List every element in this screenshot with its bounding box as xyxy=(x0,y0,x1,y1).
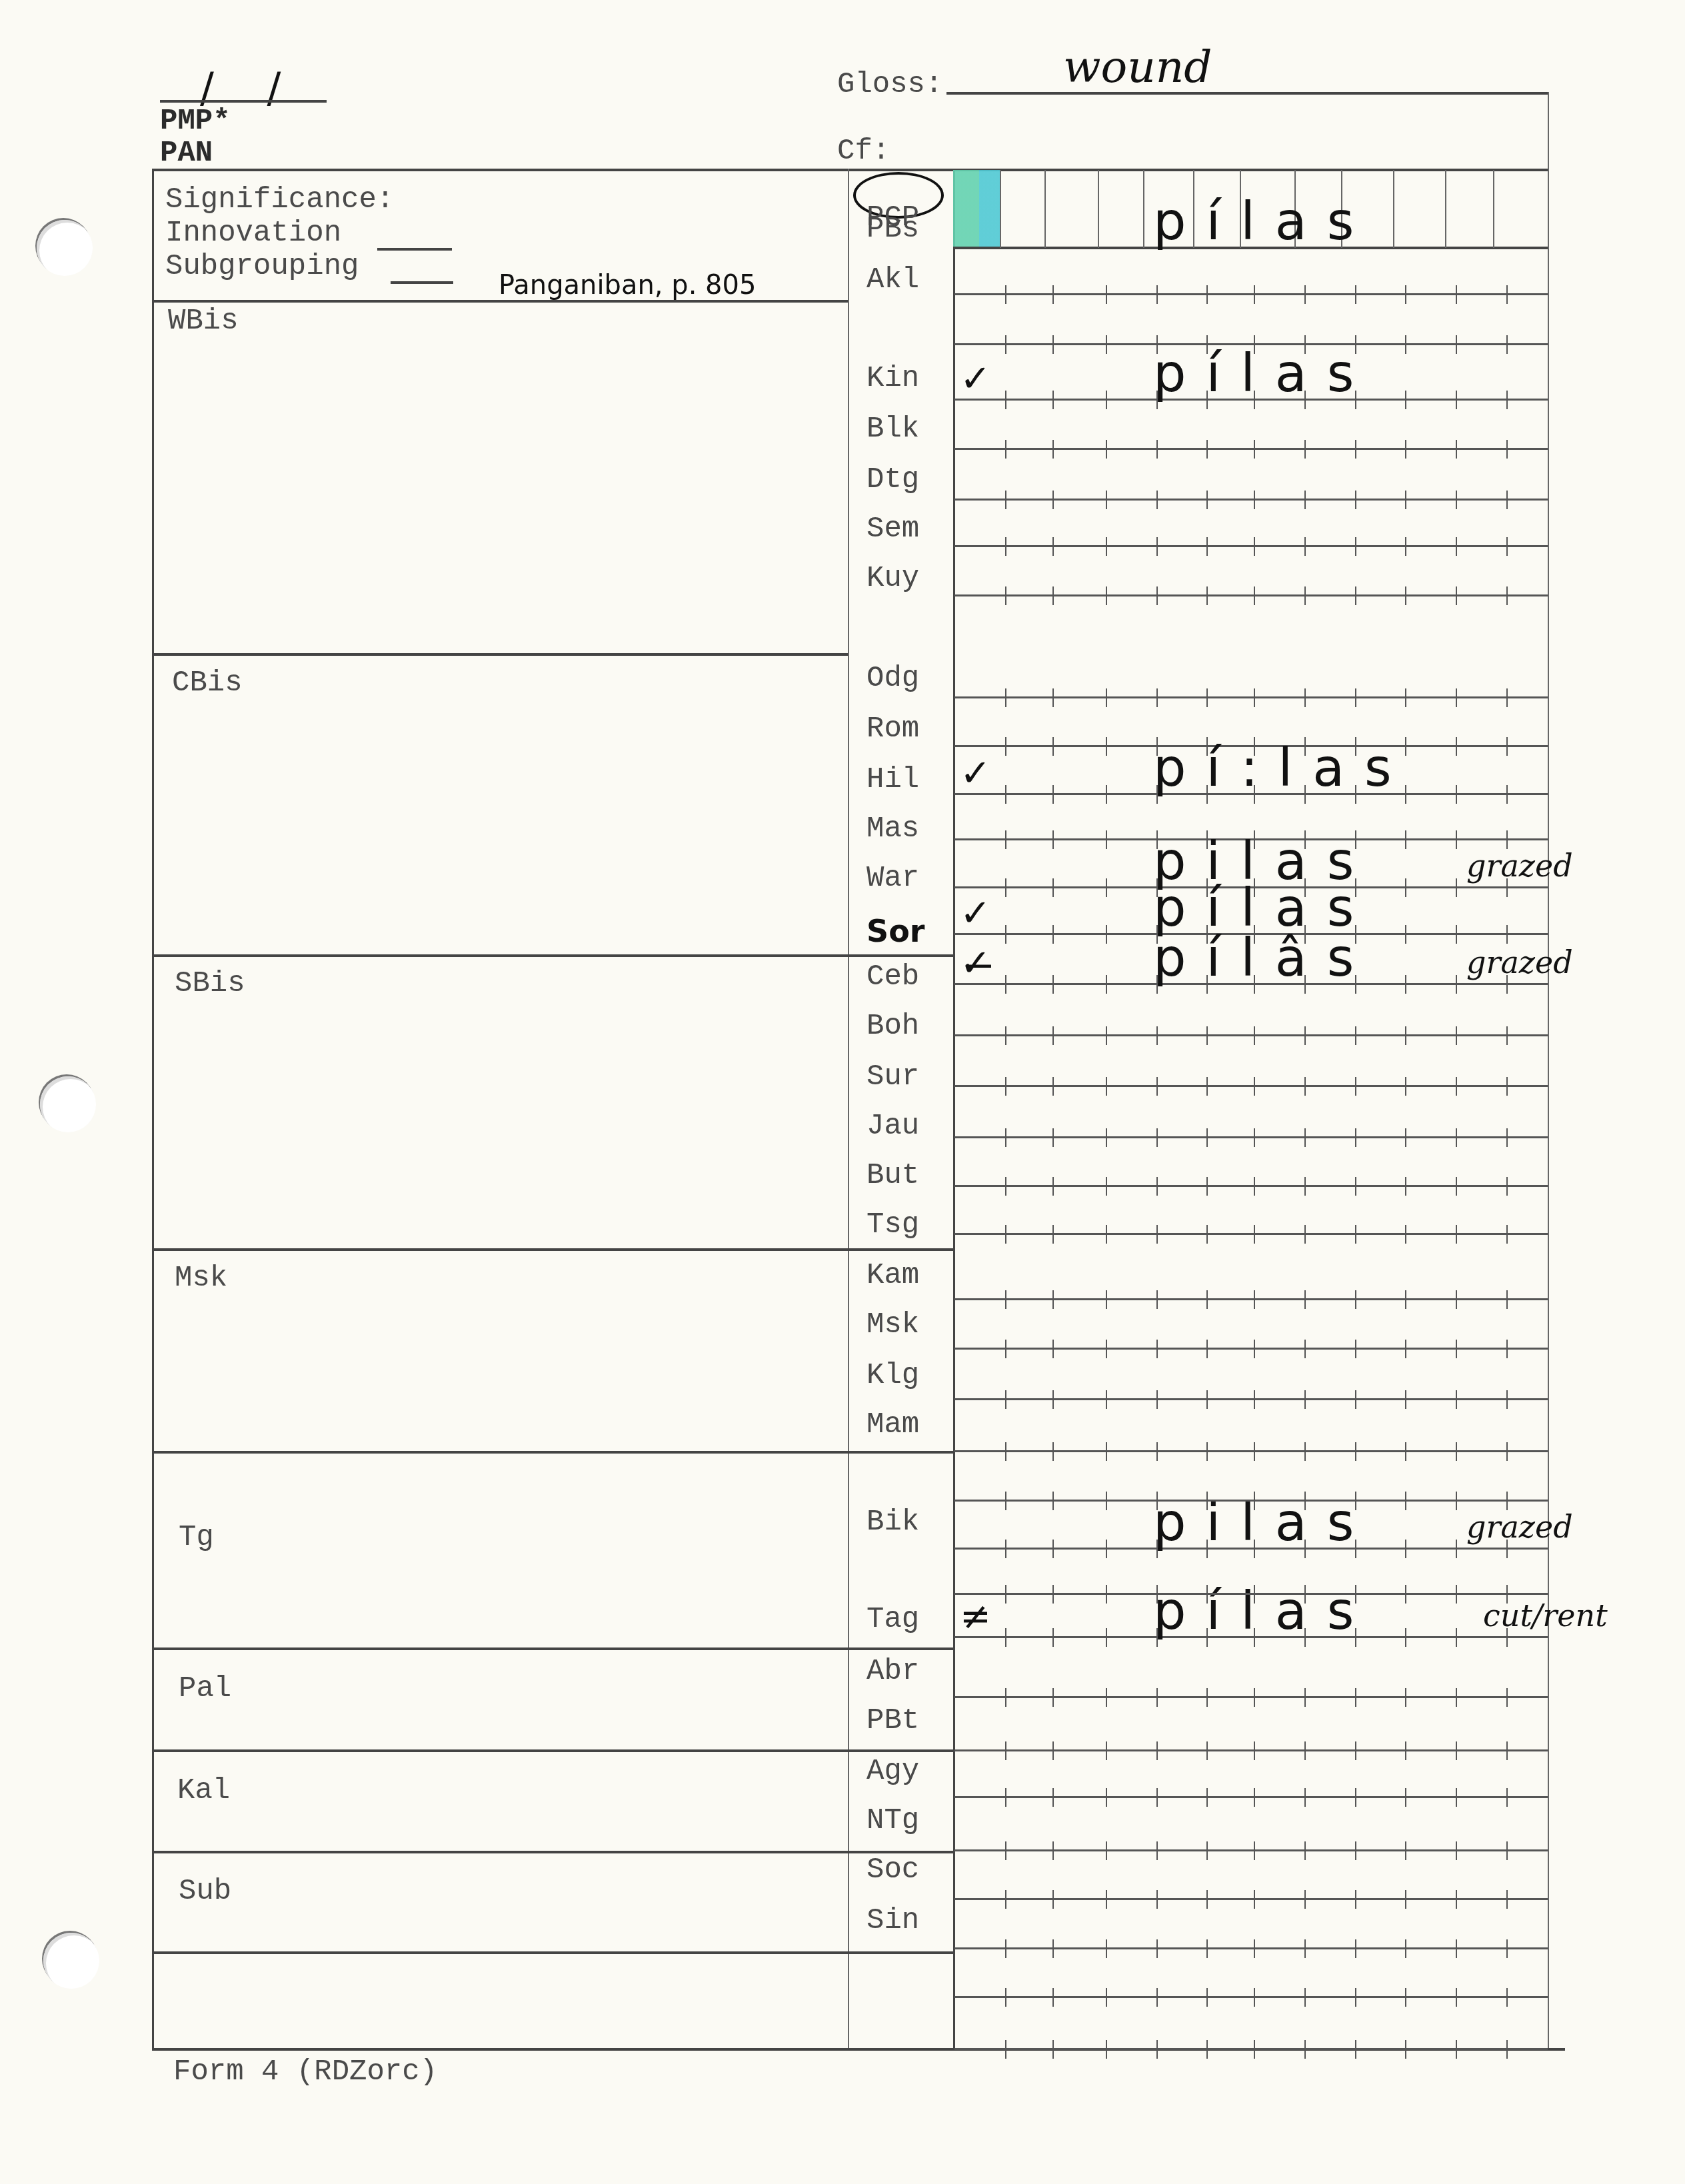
ruled-line xyxy=(954,696,1548,698)
ruled-line-tick xyxy=(1052,688,1054,707)
ruled-line-tick xyxy=(1456,925,1457,944)
language-code-sor: Sor xyxy=(866,913,924,949)
ruled-line-tick xyxy=(1052,586,1054,605)
ruled-line-tick xyxy=(1005,440,1006,459)
ruled-line-tick xyxy=(1506,1225,1508,1244)
ruled-line-tick xyxy=(1206,1939,1208,1958)
ruled-line-tick xyxy=(1106,737,1107,756)
ruled-line-tick xyxy=(1156,1077,1158,1096)
ruled-line-tick xyxy=(1254,1688,1255,1707)
ruled-line-tick xyxy=(1106,2040,1107,2059)
ruled-line-tick xyxy=(1304,491,1306,509)
ruled-line-tick xyxy=(1052,1492,1054,1510)
ruled-line-tick xyxy=(1456,688,1457,707)
ruled-line-tick xyxy=(1206,1177,1208,1196)
ruled-line-tick xyxy=(1506,440,1508,459)
language-code-blk: Blk xyxy=(866,415,919,444)
ruled-line-tick xyxy=(1206,1890,1208,1909)
ruled-line-tick xyxy=(1506,1442,1508,1461)
ruled-line-tick xyxy=(1355,335,1356,354)
ruled-line-tick xyxy=(1052,1988,1054,2007)
ruled-line-tick xyxy=(1254,1492,1255,1510)
ruled-line-tick xyxy=(1456,1585,1457,1604)
ruled-line-tick xyxy=(1355,1585,1356,1604)
ruled-line xyxy=(954,1348,1548,1350)
ruled-line-tick xyxy=(1405,1390,1406,1409)
ruled-line-tick xyxy=(1506,586,1508,605)
ruled-line-tick xyxy=(1106,1628,1107,1647)
ruled-line-tick xyxy=(1156,1177,1158,1196)
ruled-line-tick xyxy=(1405,1340,1406,1358)
ruled-line-tick xyxy=(1456,440,1457,459)
language-code-odg: Odg xyxy=(866,664,919,693)
form-footer: Form 4 (RDZorc) xyxy=(173,2057,437,2087)
ruled-line-tick xyxy=(1106,1890,1107,1909)
language-code-boh: Boh xyxy=(866,1012,919,1041)
check-mark: ✓̶ xyxy=(960,942,991,985)
reflex-gloss[interactable]: grazed xyxy=(1466,1509,1573,1545)
ruled-line-tick xyxy=(1254,1026,1255,1045)
ruled-line-tick xyxy=(1456,1390,1457,1409)
ruled-line-tick xyxy=(1005,1340,1006,1358)
ruled-line-tick xyxy=(1405,537,1406,556)
language-code-mam: Mam xyxy=(866,1410,919,1440)
ruled-line-tick xyxy=(1005,785,1006,804)
language-code-ntg: NTg xyxy=(866,1806,919,1835)
pcp-grid-cell-divider xyxy=(1143,170,1144,248)
ruled-line-tick xyxy=(1456,1177,1457,1196)
ruled-line-tick xyxy=(1156,586,1158,605)
ruled-line-tick xyxy=(1005,491,1006,509)
ruled-line xyxy=(954,499,1548,501)
innovation-blank[interactable] xyxy=(377,248,452,251)
ruled-line-tick xyxy=(1005,1290,1006,1309)
group-label-kal: Kal xyxy=(177,1776,230,1805)
ruled-line-tick xyxy=(1052,1890,1054,1909)
language-code-mas: Mas xyxy=(866,814,919,844)
ruled-line-tick xyxy=(1304,1688,1306,1707)
ruled-line xyxy=(954,1398,1548,1400)
ruled-line-tick xyxy=(1355,491,1356,509)
ruled-line-tick xyxy=(1156,2040,1158,2059)
ruled-line-tick xyxy=(1254,335,1255,354)
ruled-line-tick xyxy=(1355,688,1356,707)
ruled-line-tick xyxy=(1005,1585,1006,1604)
ruled-line-tick xyxy=(1005,1225,1006,1244)
ruled-line-tick xyxy=(1106,391,1107,409)
ruled-line-tick xyxy=(1052,1788,1054,1807)
binder-hole-middle xyxy=(40,1076,96,1132)
ruled-line-tick xyxy=(1506,335,1508,354)
language-code-war: War xyxy=(866,864,919,893)
ruled-line-tick xyxy=(1005,830,1006,849)
ruled-line-tick xyxy=(1005,1026,1006,1045)
ruled-line-tick xyxy=(1206,491,1208,509)
ruled-line-tick xyxy=(1206,285,1208,304)
ruled-line-tick xyxy=(1254,1841,1255,1860)
pcp-grid-cell-divider xyxy=(1445,170,1446,248)
ruled-line-tick xyxy=(1106,830,1107,849)
ruled-line-tick xyxy=(1456,537,1457,556)
ruled-line-tick xyxy=(1106,688,1107,707)
ruled-line-tick xyxy=(1106,1540,1107,1558)
ruled-line-tick xyxy=(1052,335,1054,354)
ruled-line-tick xyxy=(1052,1177,1054,1196)
pcp-grid-cell-divider xyxy=(1493,170,1494,248)
frame-left xyxy=(152,169,154,2048)
reflex-form[interactable]: pílas xyxy=(1153,344,1374,404)
ruled-line-tick xyxy=(1052,1128,1054,1147)
ruled-line-tick xyxy=(1304,1939,1306,1958)
reflex-form[interactable]: pílas xyxy=(1153,1582,1374,1641)
ruled-line-tick xyxy=(1506,1841,1508,1860)
ruled-line-tick xyxy=(1206,1128,1208,1147)
ruled-line-tick xyxy=(1254,440,1255,459)
gloss-value[interactable]: wound xyxy=(1063,41,1212,93)
not-equal-mark: ≠ xyxy=(960,1595,991,1638)
ruled-line-tick xyxy=(1206,1290,1208,1309)
reflex-form[interactable]: pílâs xyxy=(1153,928,1374,988)
subgrouping-label: Subgrouping xyxy=(165,252,359,281)
ruled-line-tick xyxy=(1254,1340,1255,1358)
ruled-line-tick xyxy=(1005,1741,1006,1760)
check-mark: ✓ xyxy=(960,357,991,401)
ruled-line-tick xyxy=(1405,491,1406,509)
ruled-line-tick xyxy=(1106,1788,1107,1807)
ruled-line-tick xyxy=(1304,688,1306,707)
ruled-line-tick xyxy=(1506,1585,1508,1604)
ruled-line-tick xyxy=(1106,1841,1107,1860)
ruled-line-tick xyxy=(1206,1585,1208,1604)
ruled-line-tick xyxy=(1106,1026,1107,1045)
ruled-line-tick xyxy=(1456,1939,1457,1958)
reflex-form[interactable]: pílas xyxy=(1153,192,1374,252)
ruled-line-tick xyxy=(1156,285,1158,304)
language-code-akl: Akl xyxy=(866,265,919,295)
binder-hole-bottom xyxy=(43,1933,99,1989)
ruled-line-tick xyxy=(1005,586,1006,605)
ruled-line-tick xyxy=(1304,586,1306,605)
check-mark: ✓ xyxy=(960,752,991,795)
ruled-line-tick xyxy=(1506,1340,1508,1358)
ruled-line-tick xyxy=(1405,1290,1406,1309)
ruled-line-tick xyxy=(1052,391,1054,409)
group-label-sbis: SBis xyxy=(175,969,245,998)
ruled-line xyxy=(954,1749,1548,1751)
ruled-line-tick xyxy=(1005,1939,1006,1958)
ruled-line-tick xyxy=(1106,537,1107,556)
group-divider xyxy=(152,1749,953,1752)
ruled-line-tick xyxy=(1355,1026,1356,1045)
source-note: Panganiban, p. 805 xyxy=(499,270,756,301)
language-code-sur: Sur xyxy=(866,1062,919,1092)
ruled-line-tick xyxy=(1304,1585,1306,1604)
ruled-line-tick xyxy=(1355,1290,1356,1309)
ruled-line-tick xyxy=(1005,537,1006,556)
ruled-line-tick xyxy=(1156,1442,1158,1461)
ruled-line-tick xyxy=(1156,1340,1158,1358)
reflex-form[interactable]: pilas xyxy=(1153,1493,1374,1553)
ruled-line-tick xyxy=(1206,1225,1208,1244)
ruled-line-tick xyxy=(1254,285,1255,304)
ruled-line-tick xyxy=(1506,1890,1508,1909)
ruled-line xyxy=(954,343,1548,345)
group-divider xyxy=(152,1248,953,1251)
ruled-line-tick xyxy=(1052,1026,1054,1045)
ruled-line-tick xyxy=(1304,335,1306,354)
ruled-line-tick xyxy=(1254,2040,1255,2059)
language-code-dtg: Dtg xyxy=(866,465,919,495)
group-label-msk: Msk xyxy=(175,1264,227,1293)
ruled-line-tick xyxy=(1506,1988,1508,2007)
ruled-line-tick xyxy=(1254,1585,1255,1604)
language-code-ceb: Ceb xyxy=(866,962,919,992)
ruled-line-tick xyxy=(1156,440,1158,459)
ruled-line-tick xyxy=(1052,285,1054,304)
ruled-line-tick xyxy=(1052,1442,1054,1461)
ruled-line-tick xyxy=(1206,335,1208,354)
ruled-line-tick xyxy=(1506,1741,1508,1760)
ruled-line-tick xyxy=(1456,1540,1457,1558)
ruled-line-tick xyxy=(1005,1128,1006,1147)
language-code-abr: Abr xyxy=(866,1657,919,1686)
ruled-line-tick xyxy=(1506,1939,1508,1958)
ruled-line xyxy=(954,1450,1548,1452)
ruled-line-tick xyxy=(1052,491,1054,509)
ruled-line-tick xyxy=(1405,975,1406,994)
ruled-line-tick xyxy=(1506,1026,1508,1045)
ruled-line-tick xyxy=(1456,1988,1457,2007)
subgrouping-blank[interactable] xyxy=(391,281,453,284)
ruled-line-tick xyxy=(1506,285,1508,304)
ruled-line-tick xyxy=(1456,975,1457,994)
group-divider xyxy=(152,954,953,957)
ruled-line-tick xyxy=(1052,878,1054,897)
cf-label: Cf: xyxy=(837,137,890,166)
ruled-line-tick xyxy=(1456,1788,1457,1807)
ruled-line-tick xyxy=(1405,688,1406,707)
ruled-line-tick xyxy=(1456,785,1457,804)
ruled-line-tick xyxy=(1052,440,1054,459)
reflex-form[interactable]: pí:las xyxy=(1153,738,1412,798)
ruled-line-tick xyxy=(1206,2040,1208,2059)
ruled-line-tick xyxy=(1052,1290,1054,1309)
ruled-line-tick xyxy=(1405,1841,1406,1860)
ruled-line-tick xyxy=(1355,1390,1356,1409)
ruled-line-tick xyxy=(1506,537,1508,556)
ruled-line-tick xyxy=(1052,830,1054,849)
language-code-tag: Tag xyxy=(866,1605,919,1634)
ruled-line xyxy=(954,1696,1548,1698)
ruled-line-tick xyxy=(1156,335,1158,354)
ruled-line-tick xyxy=(1005,688,1006,707)
ruled-line-tick xyxy=(1506,1290,1508,1309)
ruled-line-tick xyxy=(1005,1788,1006,1807)
ruled-line-tick xyxy=(1355,1442,1356,1461)
ruled-line-tick xyxy=(1304,1492,1306,1510)
ruled-line-tick xyxy=(1304,285,1306,304)
ruled-line-tick xyxy=(1106,586,1107,605)
ruled-line xyxy=(954,1085,1548,1087)
ruled-line-tick xyxy=(1156,1492,1158,1510)
ruled-line-tick xyxy=(1405,1585,1406,1604)
ruled-line-tick xyxy=(1206,1988,1208,2007)
ruled-line-tick xyxy=(1304,1177,1306,1196)
ruled-line-tick xyxy=(1456,1026,1457,1045)
ruled-line-tick xyxy=(1506,2040,1508,2059)
ruled-line-tick xyxy=(1456,1492,1457,1510)
ruled-line-tick xyxy=(1005,391,1006,409)
ruled-line-tick xyxy=(1405,2040,1406,2059)
ruled-line-tick xyxy=(1456,586,1457,605)
ruled-line-tick xyxy=(1254,1077,1255,1096)
ruled-line xyxy=(954,1947,1548,1949)
group-label-pal: Pal xyxy=(179,1674,231,1703)
ruled-line-tick xyxy=(1405,335,1406,354)
ruled-line-tick xyxy=(1304,1077,1306,1096)
ruled-line-tick xyxy=(1005,1890,1006,1909)
ruled-line-tick xyxy=(1106,1585,1107,1604)
significance-title: Significance: xyxy=(165,185,394,215)
ruled-line-tick xyxy=(1005,335,1006,354)
ruled-line-tick xyxy=(1304,1340,1306,1358)
ruled-line-tick xyxy=(1106,1688,1107,1707)
ruled-line-tick xyxy=(1156,537,1158,556)
ruled-line-tick xyxy=(1106,1442,1107,1461)
language-code-kam: Kam xyxy=(866,1261,919,1290)
language-code-pbs: PBs xyxy=(866,215,919,244)
ruled-line-tick xyxy=(1506,1492,1508,1510)
ruled-line-tick xyxy=(1506,491,1508,509)
ruled-line-tick xyxy=(1355,2040,1356,2059)
ruled-line xyxy=(954,1136,1548,1138)
frame-mid-divider xyxy=(848,169,849,2048)
ruled-line-tick xyxy=(1106,1988,1107,2007)
ruled-line-tick xyxy=(1254,1988,1255,2007)
ruled-line-tick xyxy=(1156,1841,1158,1860)
ruled-line-tick xyxy=(1304,1988,1306,2007)
ruled-line-tick xyxy=(1405,1988,1406,2007)
ruled-line-tick xyxy=(1052,537,1054,556)
ruled-line xyxy=(954,1233,1548,1235)
ruled-line-tick xyxy=(1106,335,1107,354)
language-code-tsg: Tsg xyxy=(866,1210,919,1240)
ruled-line-tick xyxy=(1005,737,1006,756)
ruled-line-tick xyxy=(1405,1688,1406,1707)
ruled-line-tick xyxy=(1304,1290,1306,1309)
ruled-line-tick xyxy=(1156,1585,1158,1604)
reflex-gloss[interactable]: grazed xyxy=(1466,848,1573,884)
ruled-line-tick xyxy=(1355,1788,1356,1807)
ruled-line-tick xyxy=(1304,1841,1306,1860)
ruled-line-tick xyxy=(1355,1741,1356,1760)
ruled-line-tick xyxy=(1005,1988,1006,2007)
ruled-line-tick xyxy=(1304,1442,1306,1461)
ruled-line-tick xyxy=(1355,1841,1356,1860)
ruled-line-tick xyxy=(1405,285,1406,304)
ruled-line-tick xyxy=(1005,1077,1006,1096)
ruled-line-tick xyxy=(1506,925,1508,944)
ruled-line xyxy=(954,1034,1548,1036)
ruled-line-tick xyxy=(1405,1177,1406,1196)
ruled-line-tick xyxy=(1456,491,1457,509)
language-code-soc: Soc xyxy=(866,1855,919,1885)
ruled-line-tick xyxy=(1052,1540,1054,1558)
ruled-line-tick xyxy=(1405,1442,1406,1461)
ruled-line-tick xyxy=(1456,830,1457,849)
pcp-grid-cell-divider xyxy=(1098,170,1099,248)
ruled-line-tick xyxy=(1506,830,1508,849)
ruled-line-tick xyxy=(1405,1225,1406,1244)
reflex-gloss[interactable]: cut/rent xyxy=(1483,1598,1608,1634)
pcp-grid-cell-divider xyxy=(1393,170,1394,248)
ruled-line-tick xyxy=(1206,688,1208,707)
ruled-line-tick xyxy=(1106,1492,1107,1510)
ruled-line-tick xyxy=(1456,1841,1457,1860)
ruled-line-tick xyxy=(1405,586,1406,605)
ruled-line-tick xyxy=(1106,925,1107,944)
ruled-line-tick xyxy=(1156,1741,1158,1760)
ruled-line-tick xyxy=(1254,1788,1255,1807)
ruled-line-tick xyxy=(1405,1492,1406,1510)
ruled-line-tick xyxy=(1304,440,1306,459)
ruled-line-tick xyxy=(1156,1128,1158,1147)
ruled-line-tick xyxy=(1005,1390,1006,1409)
ruled-line-tick xyxy=(1405,925,1406,944)
group-divider xyxy=(152,653,848,656)
ruled-line-tick xyxy=(1405,391,1406,409)
ruled-line-tick xyxy=(1052,1585,1054,1604)
ruled-line-tick xyxy=(1254,1128,1255,1147)
ruled-line-tick xyxy=(1355,1340,1356,1358)
ruled-line-tick xyxy=(1206,1077,1208,1096)
ruled-line-tick xyxy=(1456,335,1457,354)
ruled-line-tick xyxy=(1052,925,1054,944)
ruled-line-tick xyxy=(1254,586,1255,605)
language-code-hil: Hil xyxy=(866,765,919,794)
ruled-line-tick xyxy=(1456,1890,1457,1909)
ruled-line-tick xyxy=(1206,1841,1208,1860)
ruled-line-tick xyxy=(1052,1225,1054,1244)
ruled-line-tick xyxy=(1052,737,1054,756)
ruled-line-tick xyxy=(1156,1988,1158,2007)
ruled-line-tick xyxy=(1456,1290,1457,1309)
ruled-line-tick xyxy=(1106,975,1107,994)
ruled-line xyxy=(954,1898,1548,1900)
ruled-line-tick xyxy=(1206,1688,1208,1707)
ruled-line-tick xyxy=(1254,1939,1255,1958)
group-divider xyxy=(152,1647,953,1650)
ruled-line-tick xyxy=(1156,688,1158,707)
reflex-gloss[interactable]: grazed xyxy=(1466,944,1573,980)
ruled-line-tick xyxy=(1254,1442,1255,1461)
ruled-line-tick xyxy=(1206,1788,1208,1807)
pan-label: PAN xyxy=(160,139,213,168)
ruled-line-tick xyxy=(1254,1177,1255,1196)
ruled-line-tick xyxy=(1052,1741,1054,1760)
ruled-line-tick xyxy=(1106,1225,1107,1244)
ruled-line-tick xyxy=(1005,285,1006,304)
ruled-line xyxy=(954,1849,1548,1851)
ruled-line-tick xyxy=(1456,1628,1457,1647)
ruled-line-tick xyxy=(1304,537,1306,556)
ruled-line-tick xyxy=(1456,737,1457,756)
group-divider xyxy=(152,1451,953,1454)
ruled-line-tick xyxy=(1005,975,1006,994)
ruled-line xyxy=(954,1996,1548,1998)
ruled-line xyxy=(954,1298,1548,1300)
ruled-line-tick xyxy=(1506,1177,1508,1196)
